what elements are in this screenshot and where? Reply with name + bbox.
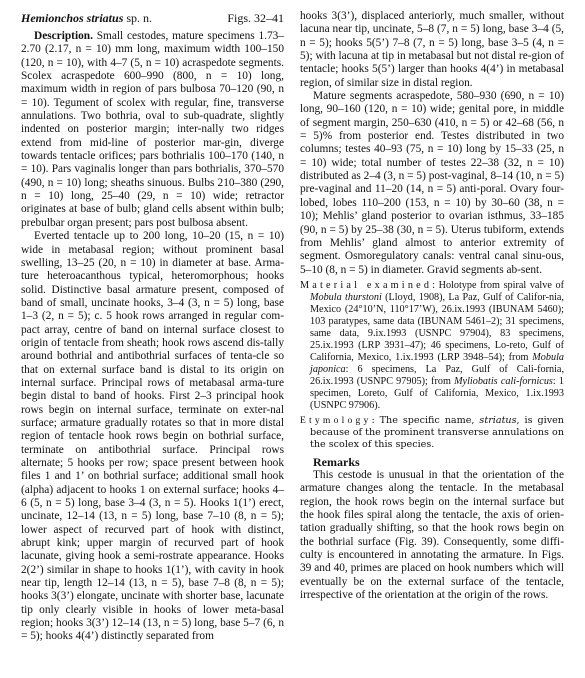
description-label: Description. bbox=[34, 30, 93, 42]
host-species-3: Myliobatis cali-fornicus bbox=[454, 376, 553, 387]
tentacle-paragraph: Everted tentacle up to 200 long, 10–20 (… bbox=[21, 230, 284, 644]
right-column: hooks 3(3’), displaced anteriorly, much … bbox=[300, 10, 564, 602]
etymology-label: Etymology bbox=[300, 415, 371, 426]
description-text: Small cestodes, mature specimens 1.73–2.… bbox=[21, 30, 284, 229]
etymology-paragraph: Etymology: The specific name, striatus, … bbox=[300, 415, 564, 451]
remarks-heading: Remarks bbox=[300, 455, 564, 469]
figure-reference: Figs. 32–41 bbox=[227, 11, 284, 25]
host-species-1: Mobula thurstoni bbox=[310, 292, 382, 303]
species-title: Hemionchos striatus sp. n. bbox=[21, 11, 152, 25]
species-suffix: sp. n. bbox=[123, 11, 152, 25]
left-column: Hemionchos striatus sp. n. Figs. 32–41 D… bbox=[21, 11, 284, 644]
material-examined-label: Material examined bbox=[300, 280, 432, 291]
remarks-paragraph: This cestode is unusual in that the orie… bbox=[300, 469, 564, 602]
etymology-name: striatus bbox=[479, 415, 516, 426]
material-text-1: : Holotype from spiral valve of bbox=[432, 280, 564, 291]
etymology-text-1: : The specific name, bbox=[371, 415, 479, 426]
tentacle-paragraph-continued: hooks 3(3’), displaced anteriorly, much … bbox=[300, 10, 564, 90]
segments-paragraph: Mature segments acraspedote, 580–930 (69… bbox=[300, 90, 564, 277]
species-heading: Hemionchos striatus sp. n. Figs. 32–41 bbox=[21, 11, 284, 25]
species-name: Hemionchos striatus bbox=[21, 11, 123, 25]
material-examined-paragraph: Material examined: Holotype from spiral … bbox=[300, 280, 564, 412]
description-paragraph: Description. Small cestodes, mature spec… bbox=[21, 30, 284, 230]
